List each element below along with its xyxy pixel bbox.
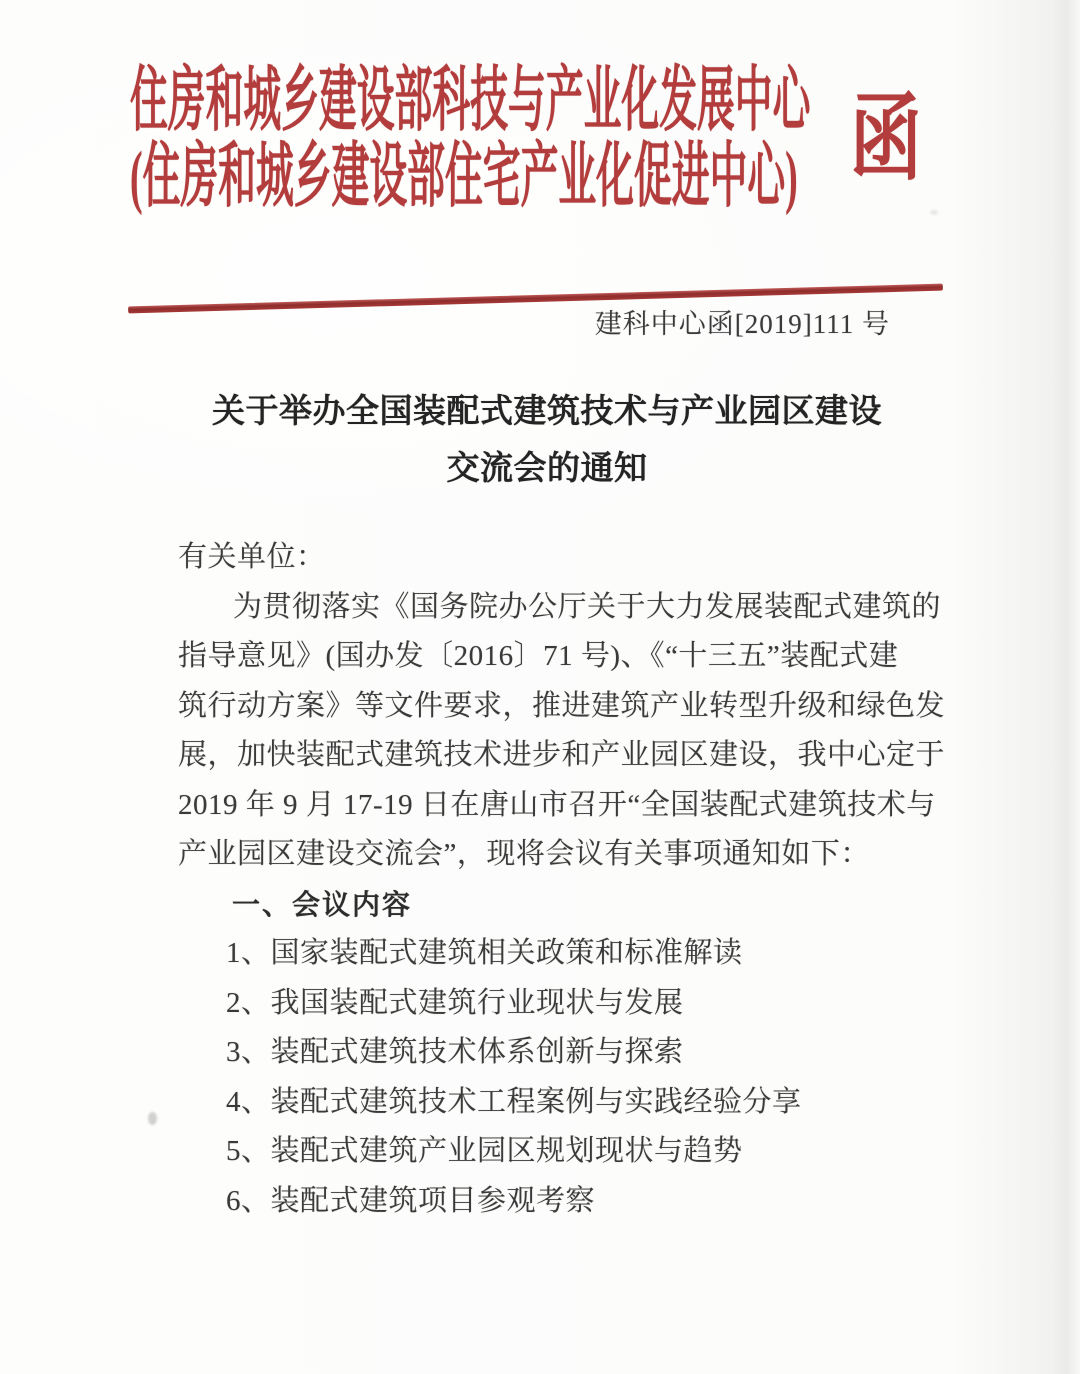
document-title-line-2: 交流会的通知 xyxy=(178,441,916,498)
agenda-item-1: 1、国家装配式建筑相关政策和标准解读 xyxy=(178,929,918,979)
paragraph-line: 筑行动方案》等文件要求，推进建筑产业转型升级和绿色发 xyxy=(178,682,918,732)
letter-type-mark: 函 xyxy=(850,92,922,186)
scan-edge-shadow xyxy=(1050,0,1080,1374)
agenda-item-6: 6、装配式建筑项目参观考察 xyxy=(178,1177,918,1227)
agenda-item-3: 3、装配式建筑技术体系创新与探索 xyxy=(178,1028,918,1078)
paragraph-line: 产业园区建设交流会”，现将会议有关事项通知如下： xyxy=(178,830,918,880)
scanned-letter-page: 住房和城乡建设部科技与产业化发展中心 (住房和城乡建设部住宅产业化促进中心) 函… xyxy=(0,0,1080,1374)
agenda-item-4: 4、装配式建筑技术工程案例与实践经验分享 xyxy=(178,1078,918,1128)
document-reference-number: 建科中心函[2019]111 号 xyxy=(180,308,890,340)
paragraph-line: 指导意见》(国办发〔2016〕71 号)、《“十三五”装配式建 xyxy=(178,632,918,682)
letter-body: 有关单位： 为贯彻落实《国务院办公厅关于大力发展装配式建筑的 指导意见》(国办发… xyxy=(178,533,918,1226)
agenda-item-5: 5、装配式建筑产业园区规划现状与趋势 xyxy=(178,1127,918,1177)
paragraph-line: 为贯彻落实《国务院办公厅关于大力发展装配式建筑的 xyxy=(178,583,918,633)
document-title-line-1: 关于举办全国装配式建筑技术与产业园区建设 xyxy=(178,384,916,441)
section-heading-meeting-content: 一、会议内容 xyxy=(178,880,918,930)
scan-speck xyxy=(148,1112,157,1125)
letterhead-org-name-line-1: 住房和城乡建设部科技与产业化发展中心 xyxy=(130,64,810,137)
agenda-item-2: 2、我国装配式建筑行业现状与发展 xyxy=(178,979,918,1029)
document-title: 关于举办全国装配式建筑技术与产业园区建设 交流会的通知 xyxy=(178,384,916,498)
salutation: 有关单位： xyxy=(178,533,918,583)
paragraph-line: 2019 年 9 月 17-19 日在唐山市召开“全国装配式建筑技术与 xyxy=(178,781,918,831)
paragraph-line: 展，加快装配式建筑技术进步和产业园区建设，我中心定于 xyxy=(178,731,918,781)
scan-speck xyxy=(930,210,938,215)
letterhead-org-name-line-2: (住房和城乡建设部住宅产业化促进中心) xyxy=(130,140,798,213)
